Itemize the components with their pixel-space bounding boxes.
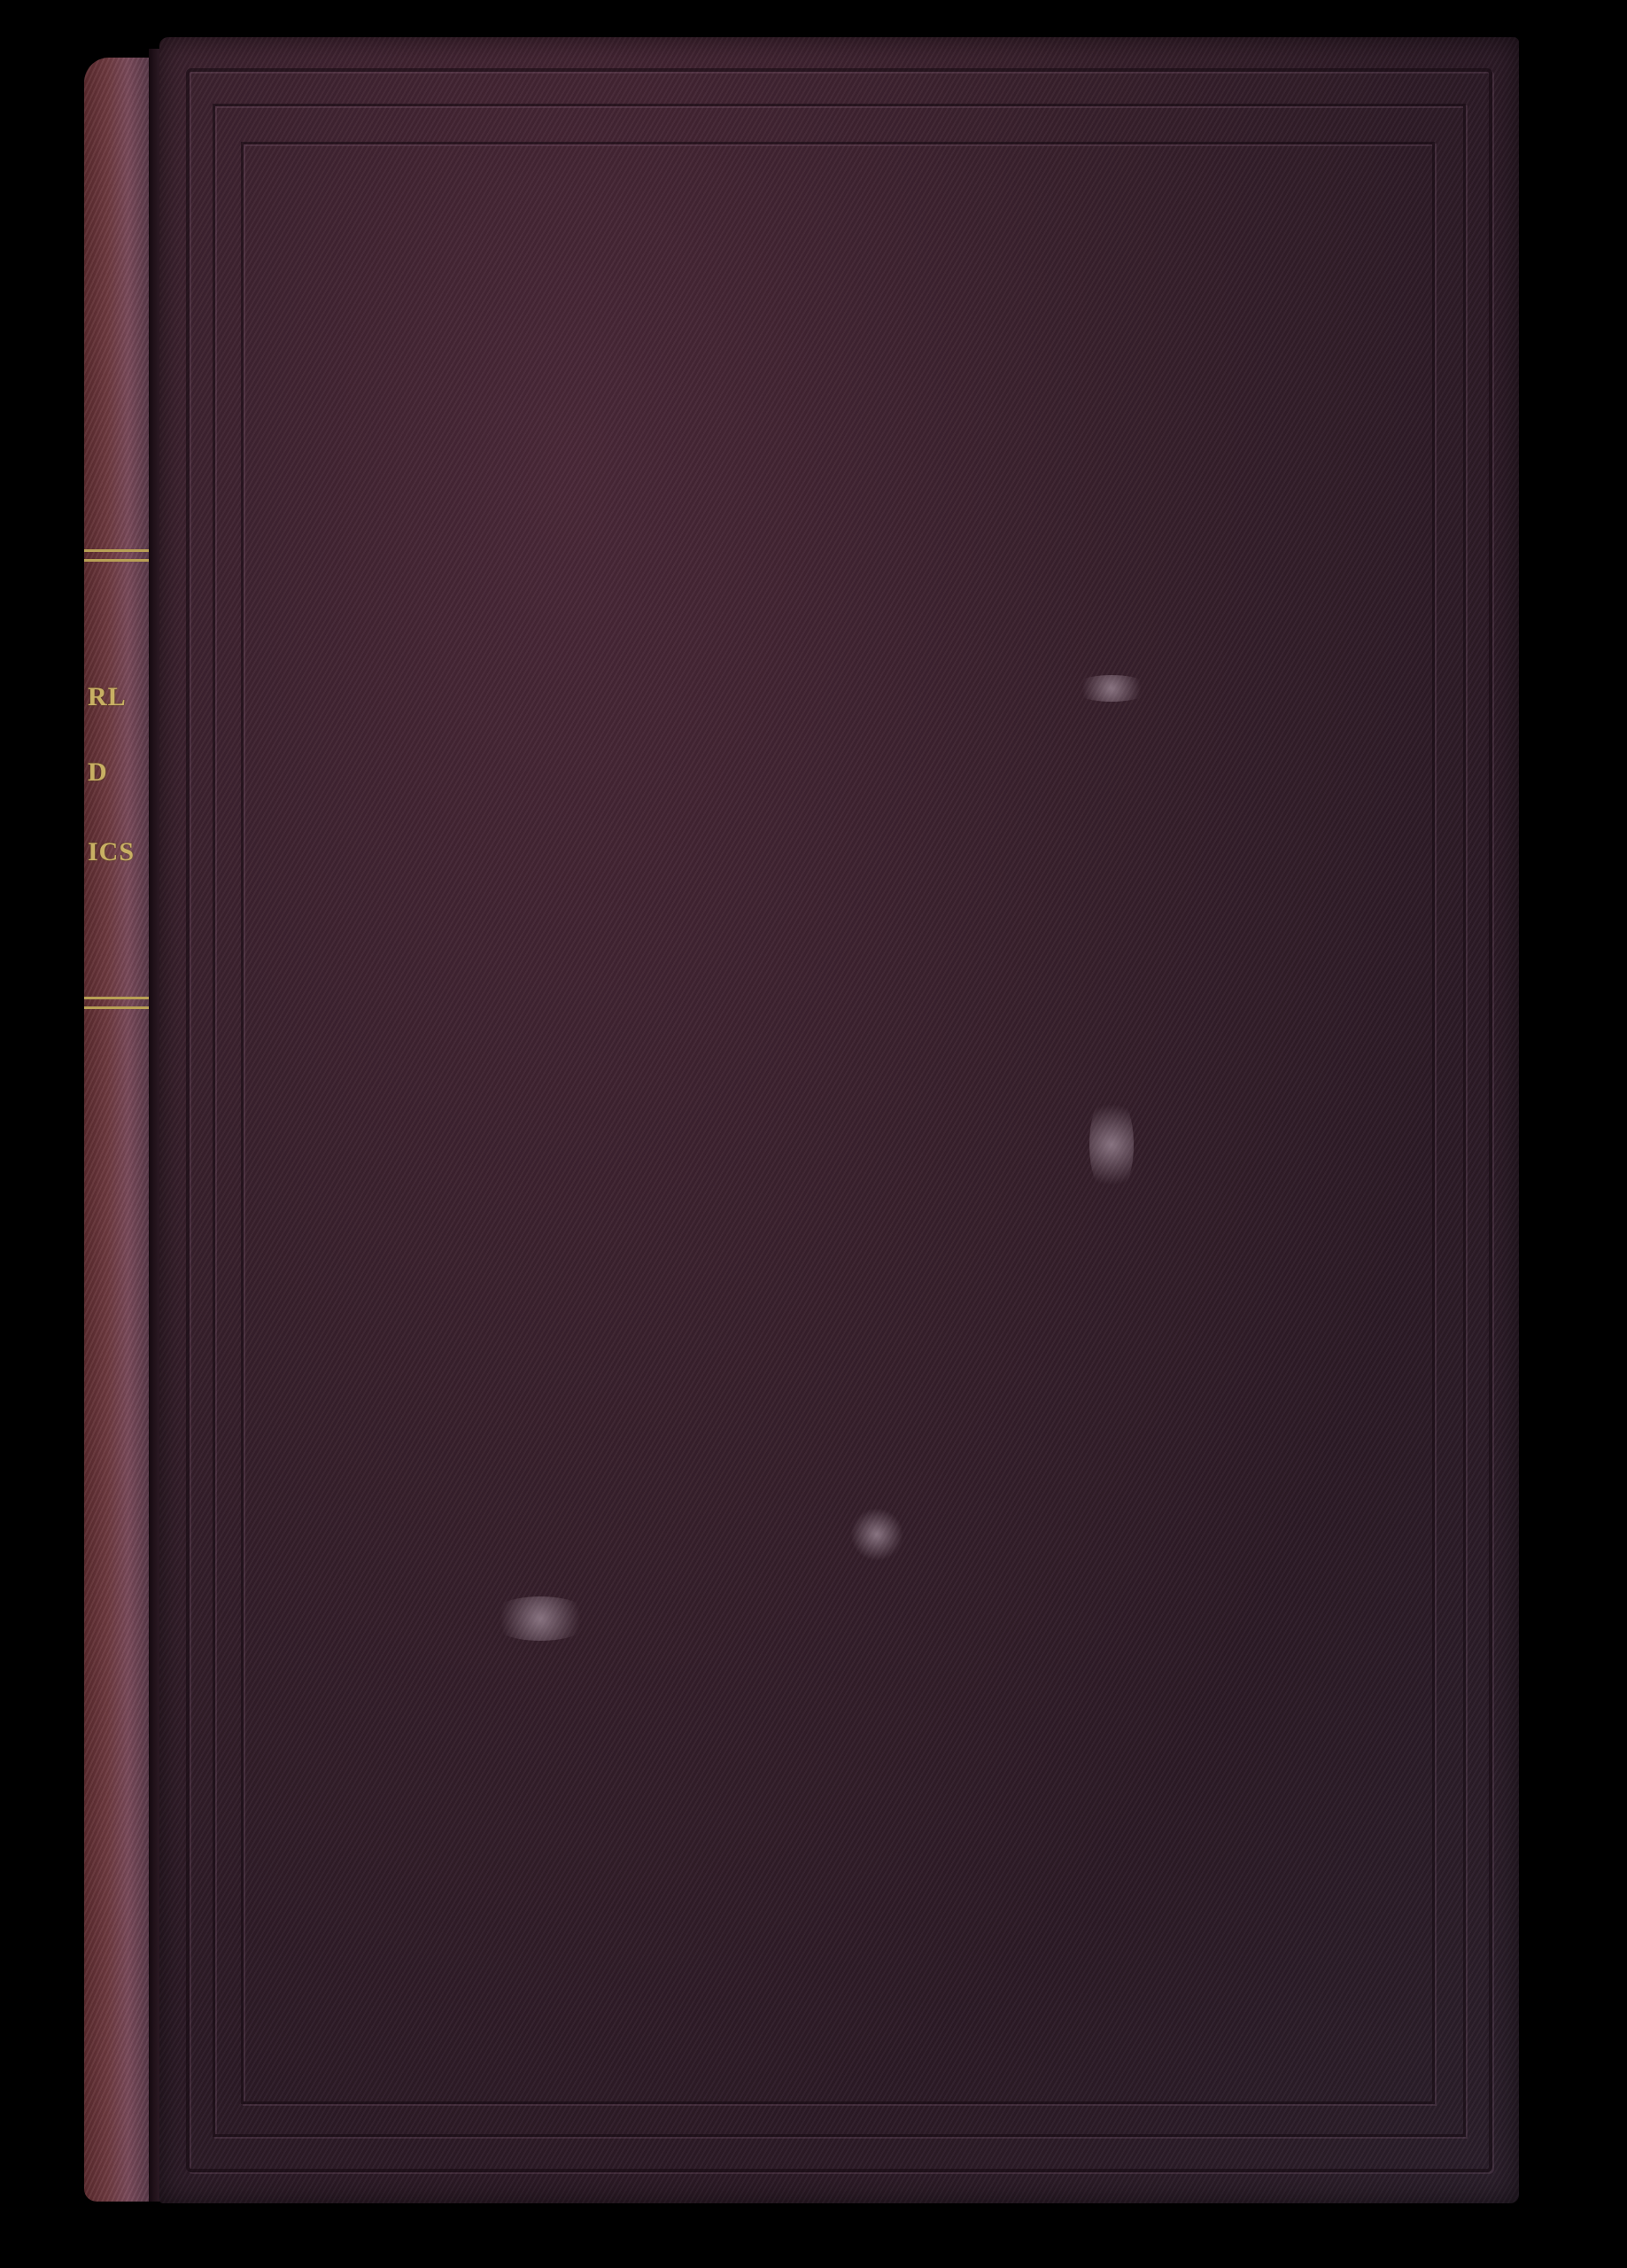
wear-spot — [487, 1596, 593, 1641]
wear-spot — [850, 1508, 903, 1561]
wear-spot — [1089, 1091, 1134, 1198]
spine-title-line-3: ICS — [88, 837, 135, 867]
spine-title-line-2: D — [88, 757, 108, 788]
wear-spot — [1072, 675, 1151, 702]
book-front-cover — [159, 37, 1519, 2203]
blind-stamped-frame-inner — [241, 142, 1435, 2104]
book: RL D ICS — [0, 0, 1627, 2268]
spine-title-line-1: RL — [88, 682, 127, 712]
